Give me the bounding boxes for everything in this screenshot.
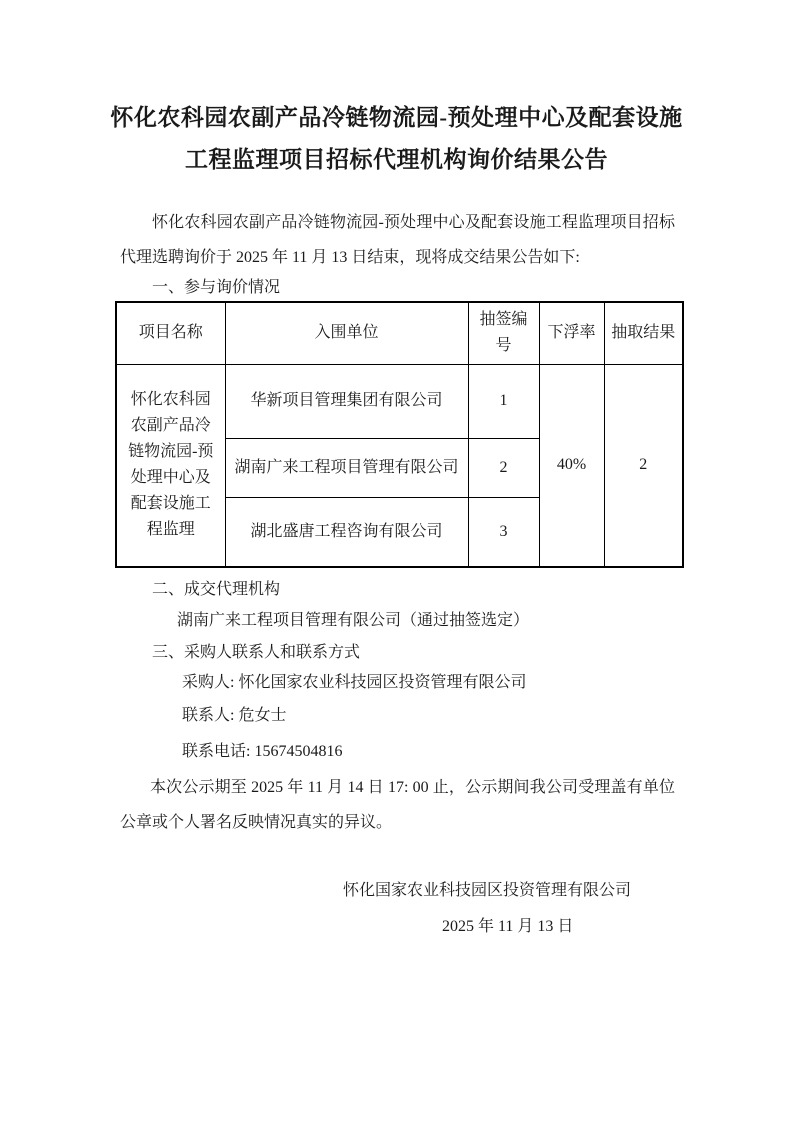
- footer-date: 2025 年 11 月 13 日: [120, 909, 675, 945]
- document-title-line2: 工程监理项目招标代理机构询价结果公告: [110, 139, 683, 181]
- buyer-line: 采购人: 怀化国家农业科技园区投资管理有限公司: [120, 668, 675, 698]
- cell-company-1: 华新项目管理集团有限公司: [225, 364, 468, 438]
- contact-person-line: 联系人: 危女士: [120, 698, 675, 734]
- cell-draw-result: 2: [604, 364, 683, 567]
- cell-draw-number-2: 2: [468, 438, 539, 497]
- cell-company-3: 湖北盛唐工程咨询有限公司: [225, 497, 468, 567]
- document-title-line1: 怀化农科园农副产品冷链物流园-预处理中心及配套设施: [110, 97, 683, 139]
- col-header-float-rate: 下浮率: [539, 302, 604, 364]
- col-header-project-name: 项目名称: [116, 302, 225, 364]
- footer-organization: 怀化国家农业科技园区投资管理有限公司: [120, 873, 675, 909]
- document-title: 怀化农科园农副产品冷链物流园-预处理中心及配套设施 工程监理项目招标代理机构询价…: [110, 97, 683, 181]
- section2-heading: 二、成交代理机构: [120, 576, 675, 604]
- cell-project-name: 怀化农科园农副产品冷链物流园-预处理中心及配套设施工程监理: [116, 364, 225, 567]
- cell-draw-number-1: 1: [468, 364, 539, 438]
- contact-phone-line: 联系电话: 15674504816: [120, 734, 675, 770]
- section1-heading: 一、参与询价情况: [120, 275, 675, 301]
- cell-float-rate: 40%: [539, 364, 604, 567]
- publicity-notice: 本次公示期至 2025 年 11 月 14 日 17: 00 止，公示期间我公司…: [120, 770, 675, 840]
- table-row: 怀化农科园农副产品冷链物流园-预处理中心及配套设施工程监理 华新项目管理集团有限…: [116, 364, 683, 438]
- cell-company-2: 湖南广来工程项目管理有限公司: [225, 438, 468, 497]
- winning-agency: 湖南广来工程项目管理有限公司（通过抽签选定）: [120, 604, 675, 638]
- col-header-draw-result: 抽取结果: [604, 302, 683, 364]
- intro-paragraph: 怀化农科园农副产品冷链物流园-预处理中心及配套设施工程监理项目招标代理选聘询价于…: [120, 205, 675, 275]
- col-header-shortlisted-unit: 入围单位: [225, 302, 468, 364]
- col-header-draw-number: 抽签编号: [468, 302, 539, 364]
- inquiry-table: 项目名称 入围单位 抽签编号 下浮率 抽取结果 怀化农科园农副产品冷链物流园-预…: [115, 301, 684, 568]
- section3-heading: 三、采购人联系人和联系方式: [120, 638, 675, 668]
- table-header-row: 项目名称 入围单位 抽签编号 下浮率 抽取结果: [116, 302, 683, 364]
- cell-draw-number-3: 3: [468, 497, 539, 567]
- announcement-page: 怀化农科园农副产品冷链物流园-预处理中心及配套设施 工程监理项目招标代理机构询价…: [0, 0, 793, 1122]
